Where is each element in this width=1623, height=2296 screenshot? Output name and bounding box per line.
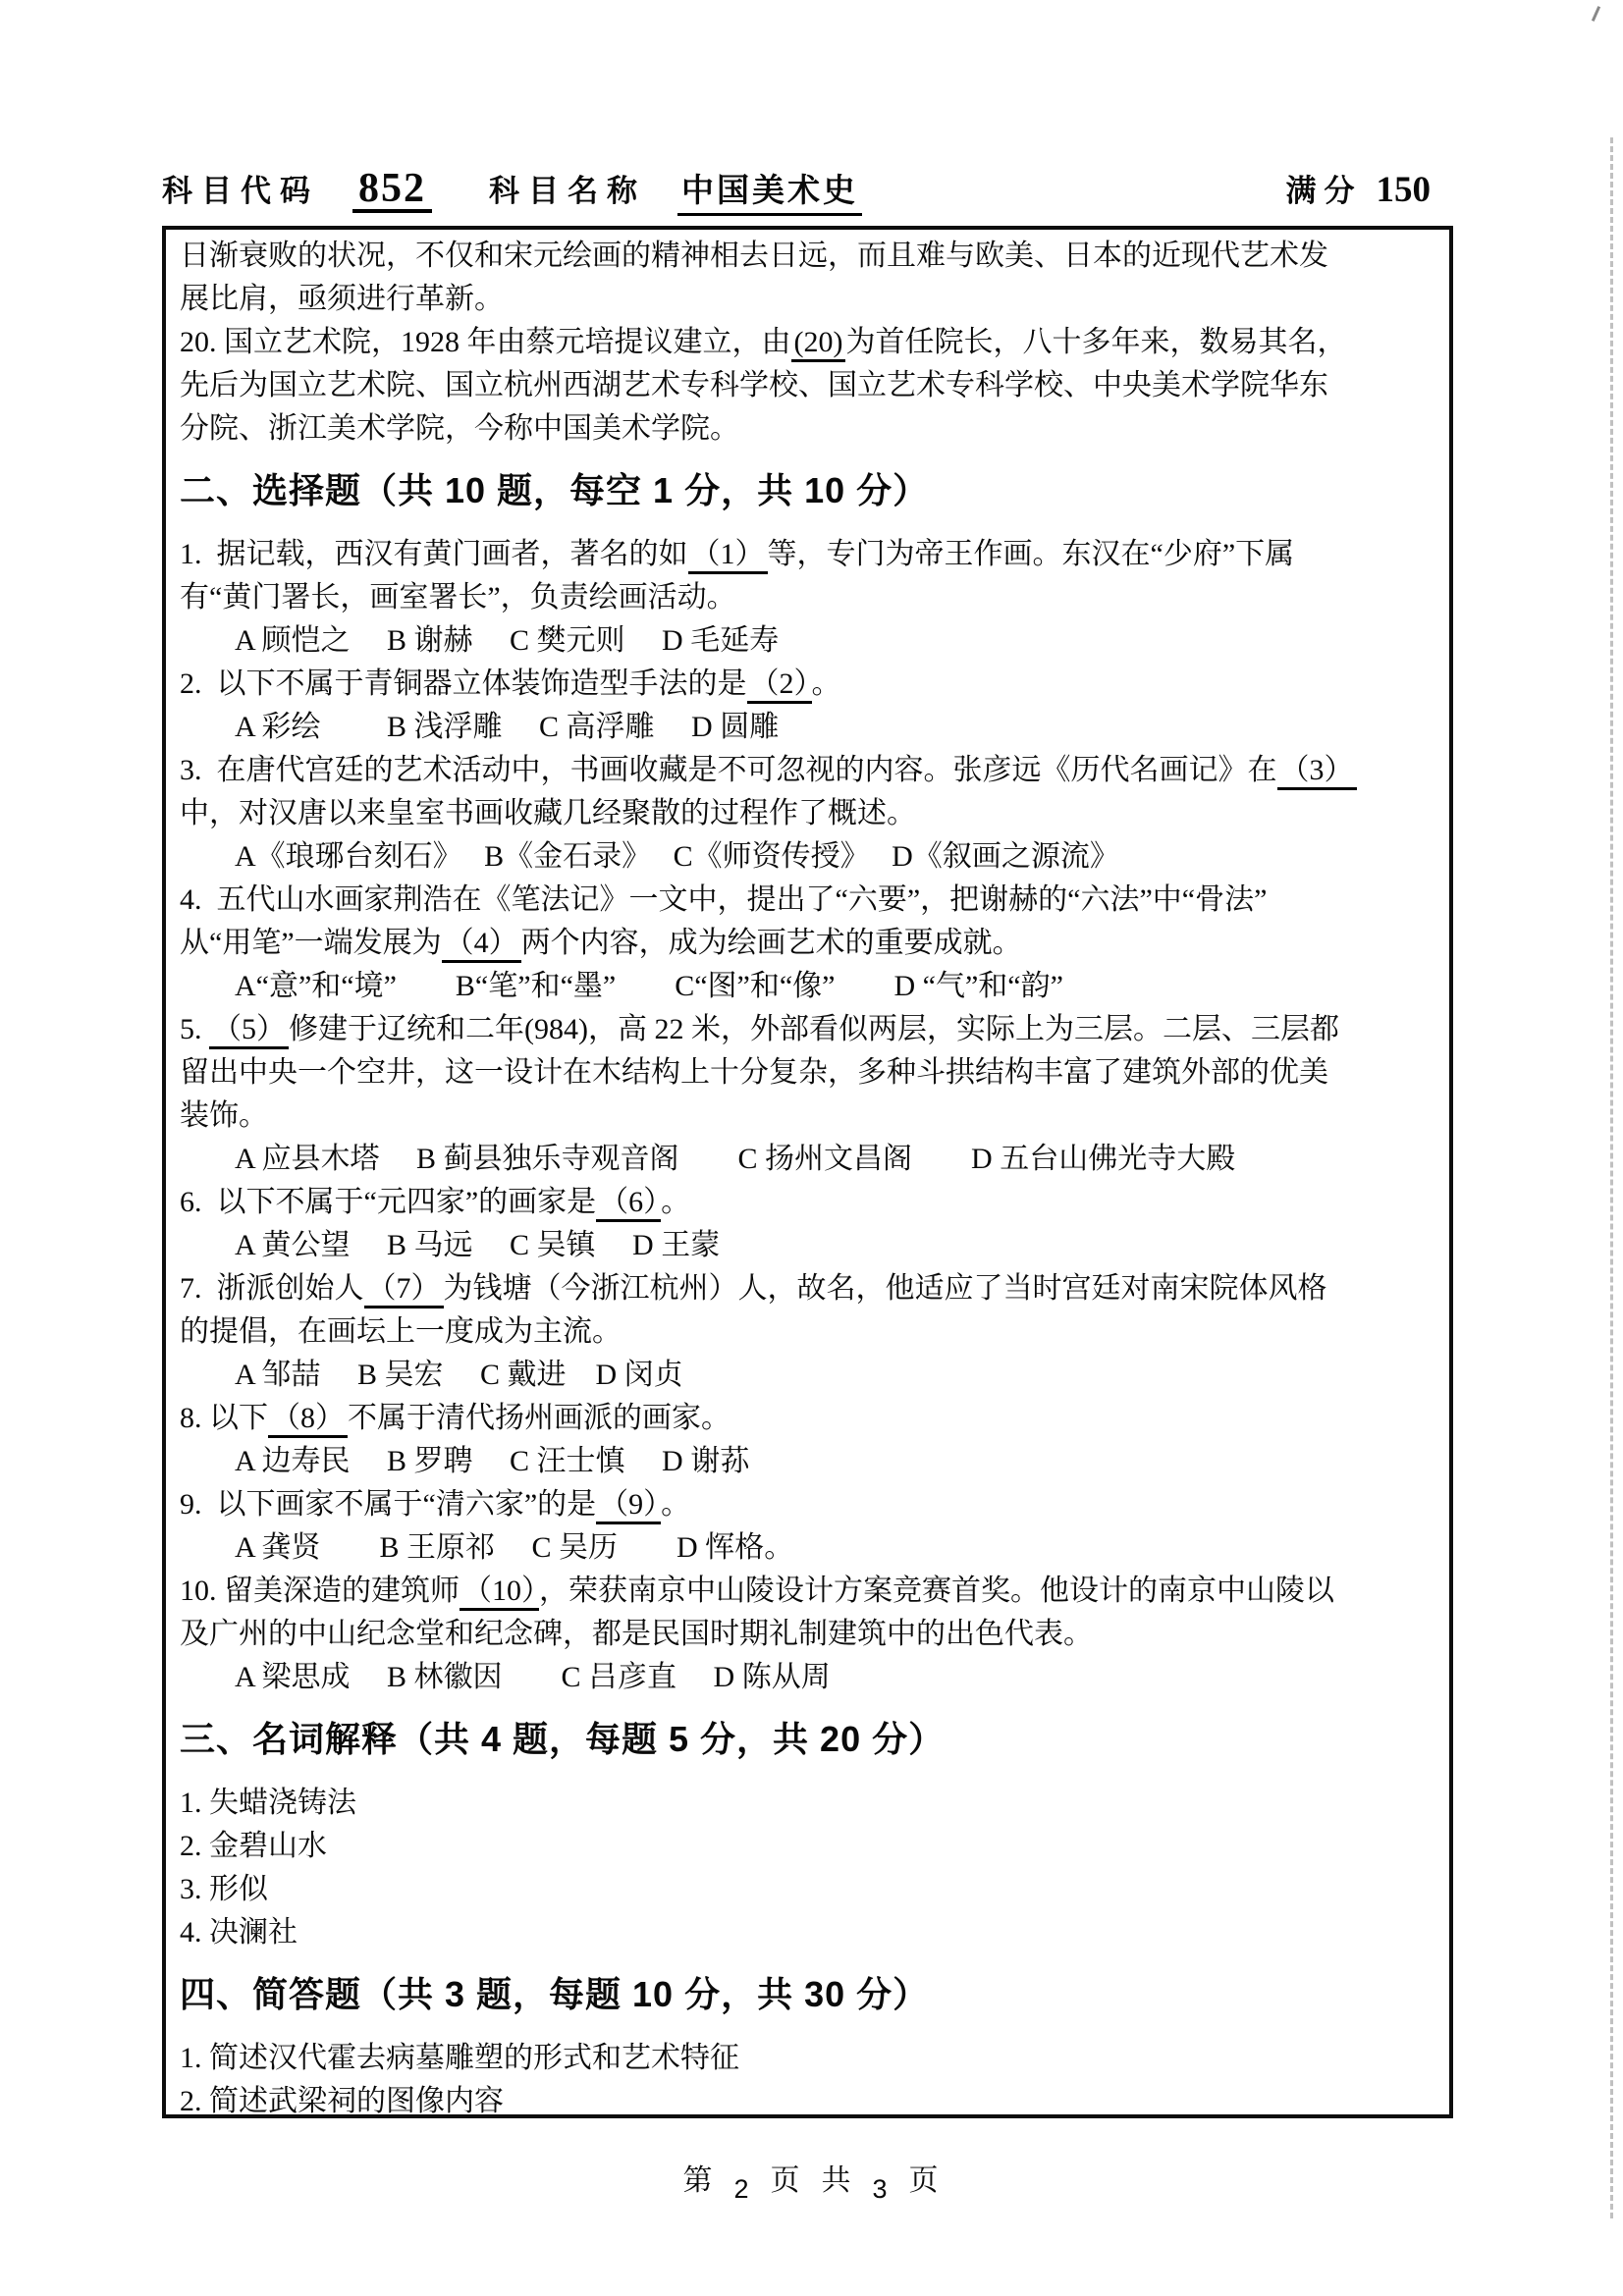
text-line: 先后为国立艺术院、国立杭州西湖艺术专科学校、国立艺术专科学校、中央美术学院华东 <box>180 364 1434 407</box>
text-segment: A 顾恺之 B 谢赫 C 樊元则 D 毛延寿 <box>235 624 779 657</box>
text-segment: ，荣获南京中山陵设计方案竞赛首奖。他设计的南京中山陵以 <box>539 1575 1334 1607</box>
text-segment: 。 <box>661 1488 690 1521</box>
text-segment: 留出中央一个空井，这一设计在木结构上十分复杂，多种斗拱结构丰富了建筑外部的优美 <box>180 1056 1328 1089</box>
options-line: A《琅琊台刻石》 B《金石录》 C《师资传授》 D《叙画之源流》 <box>180 835 1434 879</box>
answer-blank: (20) <box>791 326 846 362</box>
options-line: A 邹喆 B 吴宏 C 戴进 D 闵贞 <box>180 1354 1434 1397</box>
text-segment: 四、简答题（共 3 题，每题 10 分，共 30 分） <box>180 1974 929 2014</box>
text-line: 1. 据记载，西汉有黄门画者，著名的如（1）等，专门为帝王作画。东汉在“少府”下… <box>180 533 1434 576</box>
text-segment: 3. 在唐代宫廷的艺术活动中，书画收藏是不可忽视的内容。张彦远《历代名画记》在 <box>180 754 1277 786</box>
text-segment: 8. 以下 <box>180 1402 268 1434</box>
options-line: A 梁思成 B 林徽因 C 吕彦直 D 陈从周 <box>180 1656 1434 1699</box>
text-segment: 展比肩，亟须进行革新。 <box>180 283 504 315</box>
text-segment: A 彩绘 B 浅浮雕 C 高浮雕 D 圆雕 <box>235 711 779 743</box>
full-score-label: 满分 <box>1286 166 1363 210</box>
text-segment: 5. <box>180 1013 209 1045</box>
text-segment: 为首任院长，八十多年来，数易其名， <box>845 326 1346 358</box>
text-segment: A《琅琊台刻石》 B《金石录》 C《师资传授》 D《叙画之源流》 <box>235 840 1119 873</box>
text-segment: A 黄公望 B 马远 C 吴镇 D 王蒙 <box>235 1229 720 1261</box>
text-segment: 为钱塘（今浙江杭州）人，故名，他适应了当时宫廷对南宋院体风格 <box>444 1272 1327 1305</box>
text-segment: 分院、浙江美术学院，今称中国美术学院。 <box>180 412 739 445</box>
full-score-value: 150 <box>1377 169 1432 211</box>
exam-header: 科目代码 852 科目名称 中国美术史 满分 150 <box>162 165 1431 216</box>
text-line: 及广州的中山纪念堂和纪念碑，都是民国时期礼制建筑中的出色代表。 <box>180 1613 1434 1656</box>
text-segment: 。 <box>661 1186 690 1218</box>
text-line: 1. 失蜡浇铸法 <box>180 1782 1434 1825</box>
answer-blank: （8） <box>268 1402 348 1438</box>
answer-blank: （10） <box>460 1575 539 1611</box>
footer-gong: 共 <box>822 2164 853 2197</box>
full-score: 满分 150 <box>1286 166 1432 211</box>
text-segment: 7. 浙派创始人 <box>180 1272 364 1305</box>
answer-blank: （9） <box>596 1488 661 1524</box>
text-segment: 。 <box>812 667 841 700</box>
text-line: 留出中央一个空井，这一设计在木结构上十分复杂，多种斗拱结构丰富了建筑外部的优美 <box>180 1051 1434 1095</box>
subject-name-value: 中国美术史 <box>677 165 862 216</box>
text-line: 的提倡，在画坛上一度成为主流。 <box>180 1310 1434 1354</box>
text-segment: 先后为国立艺术院、国立杭州西湖艺术专科学校、国立艺术专科学校、中央美术学院华东 <box>180 369 1328 401</box>
text-segment: A 梁思成 B 林徽因 C 吕彦直 D 陈从周 <box>235 1661 831 1693</box>
text-line: 3. 在唐代宫廷的艺术活动中，书画收藏是不可忽视的内容。张彦远《历代名画记》在（… <box>180 749 1434 792</box>
text-segment: 三、名词解释（共 4 题，每题 5 分，共 20 分） <box>180 1719 945 1759</box>
options-line: A 顾恺之 B 谢赫 C 樊元则 D 毛延寿 <box>180 619 1434 663</box>
text-segment: 的提倡，在画坛上一度成为主流。 <box>180 1315 622 1348</box>
text-segment: 20. 国立艺术院，1928 年由蔡元培提议建立，由 <box>180 326 791 358</box>
answer-blank: （5） <box>209 1013 289 1049</box>
text-line: 有“黄门署长，画室署长”，负责绘画活动。 <box>180 576 1434 619</box>
text-segment: 9. 以下画家不属于“清六家”的是 <box>180 1488 596 1521</box>
text-segment: A 边寿民 B 罗聘 C 汪士慎 D 谢荪 <box>235 1445 749 1477</box>
text-segment: 二、选择题（共 10 题，每空 1 分，共 10 分） <box>180 470 929 510</box>
options-line: A 龚贤 B 王原祁 C 吴历 D 恽格。 <box>180 1526 1434 1570</box>
text-line: 20. 国立艺术院，1928 年由蔡元培提议建立，由(20)为首任院长，八十多年… <box>180 321 1434 364</box>
text-line: 6. 以下不属于“元四家”的画家是（6）。 <box>180 1181 1434 1224</box>
subject-code-value: 852 <box>352 168 432 213</box>
text-segment: 修建于辽统和二年(984)，高 22 米，外部看似两层，实际上为三层。二层、三层… <box>289 1013 1339 1045</box>
text-segment: 2. 以下不属于青铜器立体装饰造型手法的是 <box>180 667 747 700</box>
footer-ye2: 页 <box>909 2164 941 2197</box>
answer-blank: （6） <box>596 1186 661 1222</box>
text-line: 2. 简述武梁祠的图像内容 <box>180 2080 1434 2118</box>
text-segment: 两个内容，成为绘画艺术的重要成就。 <box>521 927 1022 959</box>
text-segment: 不属于清代扬州画派的画家。 <box>348 1402 730 1434</box>
text-line: 8. 以下（8）不属于清代扬州画派的画家。 <box>180 1397 1434 1440</box>
section-heading: 四、简答题（共 3 题，每题 10 分，共 30 分） <box>180 1969 1434 2020</box>
answer-blank: （1） <box>688 538 768 574</box>
options-line: A“意”和“境” B“笔”和“墨” C“图”和“像” D “气”和“韵” <box>180 965 1434 1008</box>
text-segment: 中，对汉唐以来皇室书画收藏几经聚散的过程作了概述。 <box>180 797 916 829</box>
text-line: 4. 决澜社 <box>180 1911 1434 1954</box>
text-segment: 有“黄门署长，画室署长”，负责绘画活动。 <box>180 581 736 614</box>
text-segment: 1. 失蜡浇铸法 <box>180 1787 356 1819</box>
text-line: 从“用笔”一端发展为（4）两个内容，成为绘画艺术的重要成就。 <box>180 922 1434 965</box>
footer-di: 第 <box>682 2164 714 2197</box>
text-line: 1. 简述汉代霍去病墓雕塑的形式和艺术特征 <box>180 2037 1434 2080</box>
content-box: 日渐衰败的状况，不仅和宋元绘画的精神相去日远，而且难与欧美、日本的近现代艺术发展… <box>162 226 1453 2118</box>
text-segment: 日渐衰败的状况，不仅和宋元绘画的精神相去日远，而且难与欧美、日本的近现代艺术发 <box>180 240 1328 272</box>
answer-blank: （4） <box>442 927 521 963</box>
text-segment: 1. 简述汉代霍去病墓雕塑的形式和艺术特征 <box>180 2042 739 2074</box>
text-line: 10. 留美深造的建筑师（10），荣获南京中山陵设计方案竞赛首奖。他设计的南京中… <box>180 1570 1434 1613</box>
text-line: 4. 五代山水画家荆浩在《笔法记》一文中，提出了“六要”，把谢赫的“六法”中“骨… <box>180 879 1434 922</box>
text-line: 装饰。 <box>180 1095 1434 1138</box>
footer-page-number: 2 <box>733 2174 750 2204</box>
text-line: 9. 以下画家不属于“清六家”的是（9）。 <box>180 1483 1434 1526</box>
text-segment: 1. 据记载，西汉有黄门画者，著名的如 <box>180 538 688 570</box>
options-line: A 边寿民 B 罗聘 C 汪士慎 D 谢荪 <box>180 1440 1434 1483</box>
answer-blank: （3） <box>1277 754 1357 790</box>
scan-corner-artifact <box>1592 6 1600 22</box>
text-segment: A 应县木塔 B 蓟县独乐寺观音阁 C 扬州文昌阁 D 五台山佛光寺大殿 <box>235 1143 1235 1175</box>
options-line: A 彩绘 B 浅浮雕 C 高浮雕 D 圆雕 <box>180 706 1434 749</box>
text-segment: 2. 简述武梁祠的图像内容 <box>180 2085 504 2117</box>
text-segment: A 邹喆 B 吴宏 C 戴进 D 闵贞 <box>235 1359 683 1391</box>
text-line: 3. 形似 <box>180 1868 1434 1911</box>
text-segment: 从“用笔”一端发展为 <box>180 927 442 959</box>
text-line: 展比肩，亟须进行革新。 <box>180 278 1434 321</box>
footer-total-pages: 3 <box>873 2174 890 2204</box>
text-segment: 3. 形似 <box>180 1873 268 1905</box>
text-line: 2. 以下不属于青铜器立体装饰造型手法的是（2）。 <box>180 663 1434 706</box>
options-line: A 黄公望 B 马远 C 吴镇 D 王蒙 <box>180 1224 1434 1267</box>
text-segment: 2. 金碧山水 <box>180 1830 327 1862</box>
subject-code-label: 科目代码 <box>162 166 319 210</box>
text-segment: 及广州的中山纪念堂和纪念碑，都是民国时期礼制建筑中的出色代表。 <box>180 1618 1093 1650</box>
text-line: 日渐衰败的状况，不仅和宋元绘画的精神相去日远，而且难与欧美、日本的近现代艺术发 <box>180 235 1434 278</box>
exam-paper-page: 科目代码 852 科目名称 中国美术史 满分 150 日渐衰败的状况，不仅和宋元… <box>0 0 1623 2296</box>
answer-blank: （7） <box>364 1272 444 1308</box>
text-segment: 等，专门为帝王作画。东汉在“少府”下属 <box>768 538 1295 570</box>
text-segment: 6. 以下不属于“元四家”的画家是 <box>180 1186 596 1218</box>
text-segment: A 龚贤 B 王原祁 C 吴历 D 恽格。 <box>235 1531 793 1564</box>
text-segment: 4. 决澜社 <box>180 1916 298 1949</box>
text-segment: A“意”和“境” B“笔”和“墨” C“图”和“像” D “气”和“韵” <box>235 970 1063 1002</box>
scan-edge-artifact <box>1610 137 1613 2218</box>
options-line: A 应县木塔 B 蓟县独乐寺观音阁 C 扬州文昌阁 D 五台山佛光寺大殿 <box>180 1138 1434 1181</box>
footer-ye1: 页 <box>771 2164 802 2197</box>
section-heading: 二、选择题（共 10 题，每空 1 分，共 10 分） <box>180 465 1434 516</box>
text-line: 分院、浙江美术学院，今称中国美术学院。 <box>180 407 1434 451</box>
subject-name-label: 科目名称 <box>489 166 646 210</box>
section-heading: 三、名词解释（共 4 题，每题 5 分，共 20 分） <box>180 1714 1434 1765</box>
text-line: 2. 金碧山水 <box>180 1825 1434 1868</box>
text-line: 7. 浙派创始人（7）为钱塘（今浙江杭州）人，故名，他适应了当时宫廷对南宋院体风… <box>180 1267 1434 1310</box>
text-segment: 10. 留美深造的建筑师 <box>180 1575 460 1607</box>
page-footer: 第2页共3页 <box>0 2156 1623 2199</box>
text-segment: 装饰。 <box>180 1099 268 1132</box>
text-line: 5. （5）修建于辽统和二年(984)，高 22 米，外部看似两层，实际上为三层… <box>180 1008 1434 1051</box>
text-line: 中，对汉唐以来皇室书画收藏几经聚散的过程作了概述。 <box>180 792 1434 835</box>
text-segment: 4. 五代山水画家荆浩在《笔法记》一文中，提出了“六要”，把谢赫的“六法”中“骨… <box>180 883 1267 916</box>
answer-blank: （2） <box>747 667 812 704</box>
